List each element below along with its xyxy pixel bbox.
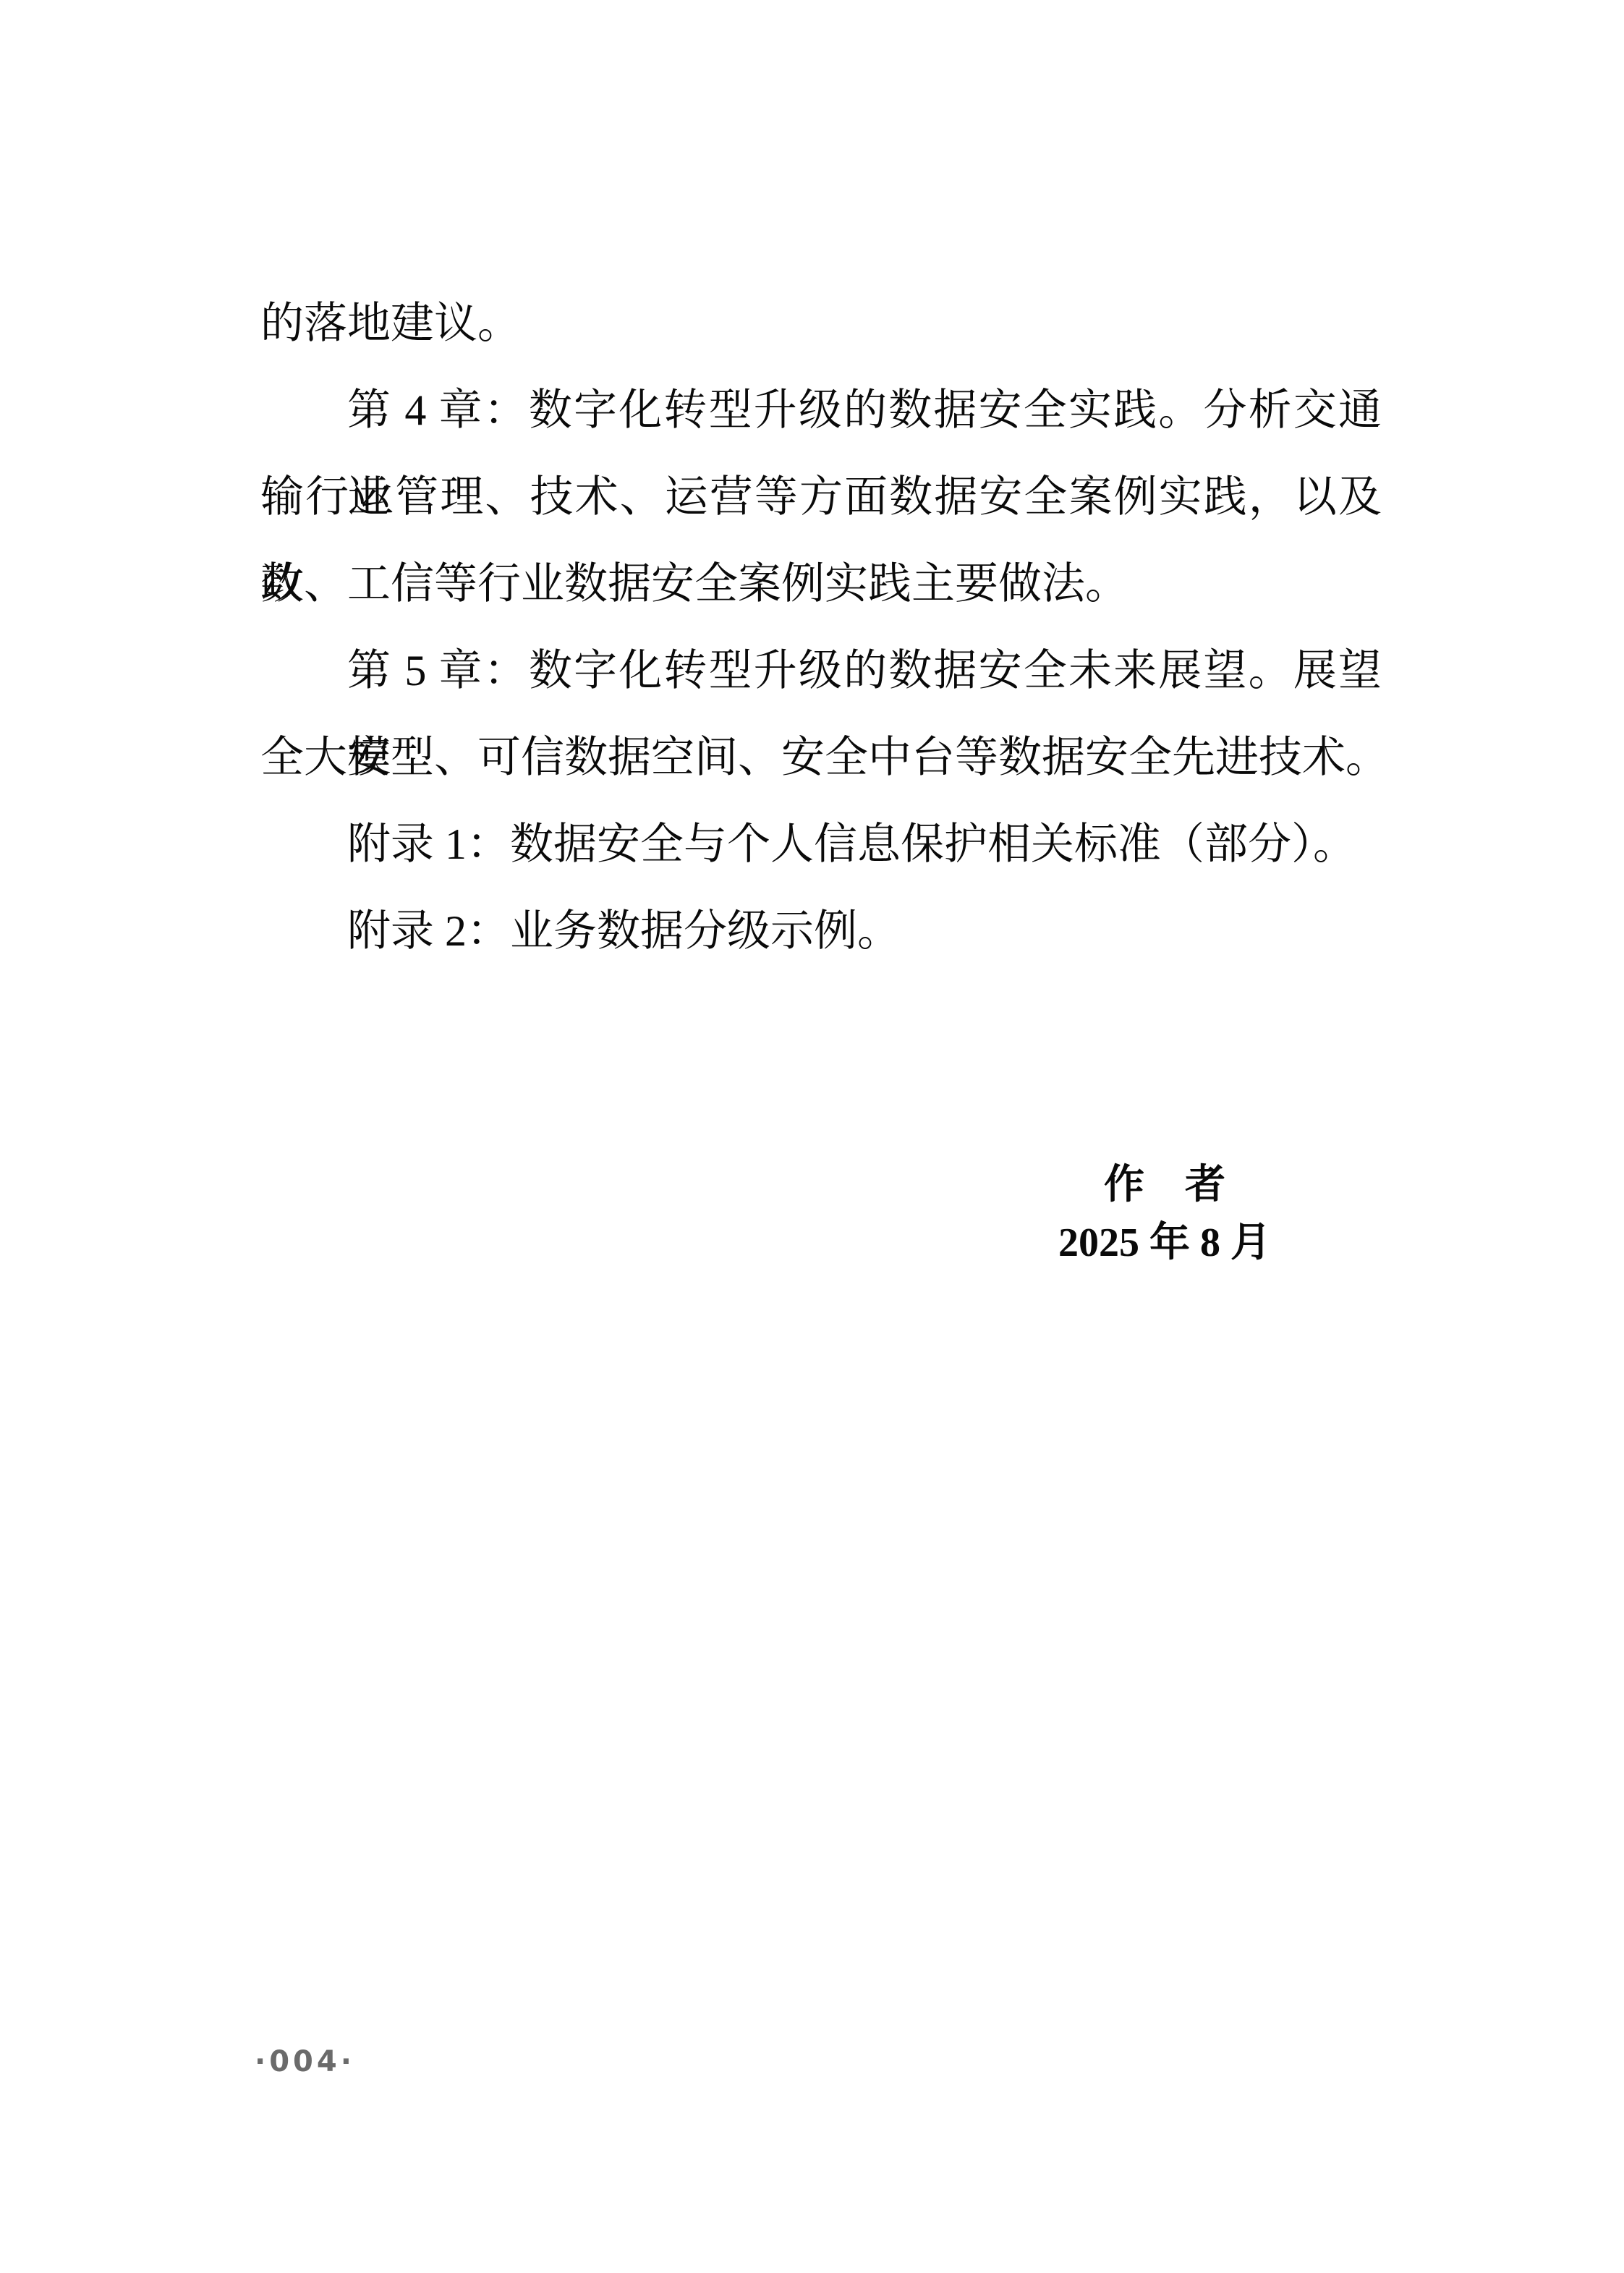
body-line: 附录 2：业务数据分级示例。	[260, 888, 1382, 974]
signature-date: 2025 年 8 月	[1020, 1214, 1309, 1272]
signature-block: 作 者 2025 年 8 月	[1020, 1156, 1309, 1272]
page-number: ·004·	[255, 2044, 355, 2079]
author-label: 作 者	[1020, 1156, 1309, 1214]
body-line: 全大模型、可信数据空间、安全中台等数据安全先进技术。	[260, 714, 1382, 801]
document-page: 的落地建议。 第 4 章：数字化转型升级的数据安全实践。分析交通运 输行业管理、…	[0, 0, 1624, 2273]
body-text: 的落地建议。 第 4 章：数字化转型升级的数据安全实践。分析交通运 输行业管理、…	[260, 280, 1382, 974]
body-line: 第 4 章：数字化转型升级的数据安全实践。分析交通运	[260, 367, 1382, 454]
body-line: 数、工信等行业数据安全案例实践主要做法。	[260, 540, 1382, 627]
body-line: 第 5 章：数字化转型升级的数据安全未来展望。展望安	[260, 627, 1382, 714]
body-line: 输行业管理、技术、运营等方面数据安全案例实践，以及政	[260, 454, 1382, 540]
body-line: 的落地建议。	[260, 280, 1382, 367]
body-line: 附录 1：数据安全与个人信息保护相关标准（部分）。	[260, 801, 1382, 888]
